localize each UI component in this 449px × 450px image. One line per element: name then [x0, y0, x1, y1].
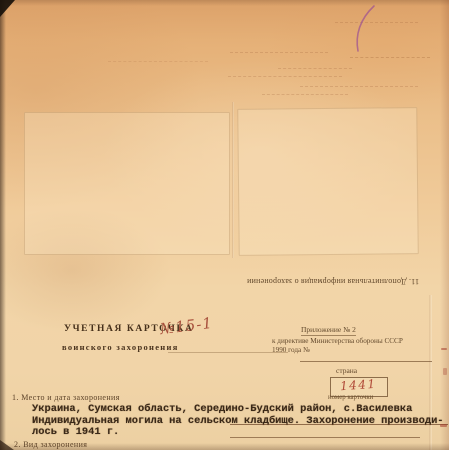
form-rule: [230, 437, 420, 438]
showthrough-line: [350, 57, 430, 58]
card-subtitle: воинского захоронения: [62, 342, 179, 352]
showthrough-line: [108, 61, 208, 62]
section-1-label: 1. Место и дата захоронения: [12, 393, 120, 402]
purple-pen-stroke: [352, 3, 386, 55]
burial-location-line3: лось в 1941 г.: [32, 426, 119, 438]
burial-location-line1: Украина, Сумская область, Середино-Будск…: [32, 403, 412, 415]
card-number-sublabel: номер карточки: [328, 394, 373, 401]
vertical-fold-crease: [232, 102, 234, 258]
section-11-label-rotated: 11. Дополнительная информация о захороне…: [233, 277, 433, 286]
edge-ink-mark: [441, 348, 447, 350]
country-field-label: страна: [336, 366, 357, 375]
scanned-burial-registration-card: 11. Дополнительная информация о захороне…: [0, 0, 449, 450]
vertical-fold-crease-right: [429, 295, 432, 450]
annex-reference-line2: к директиве Министерства обороны СССР: [272, 337, 403, 345]
blank-rule: [168, 352, 288, 353]
annex-reference-line3: 1990 года №: [272, 346, 310, 354]
handwritten-registry-number: 1441: [340, 377, 377, 394]
faded-photo-area-left: [24, 112, 230, 255]
showthrough-line: [278, 68, 352, 69]
showthrough-line: [230, 52, 328, 53]
edge-ink-mark: [443, 368, 447, 375]
faded-photo-area-right: [237, 107, 419, 256]
annex-reference-line1: Приложение № 2: [301, 325, 356, 336]
scan-corner-shadow-topleft: [0, 0, 15, 17]
section-2-label: 2. Вид захоронения: [14, 440, 87, 449]
showthrough-line: [300, 86, 418, 87]
showthrough-line: [228, 76, 342, 77]
showthrough-line: [262, 94, 348, 95]
edge-ink-mark: [440, 424, 447, 427]
blank-rule: [300, 361, 432, 362]
form-rule: [230, 424, 448, 425]
scan-corner-shadow-bottomleft: [0, 440, 14, 450]
handwritten-card-number: №15-1: [159, 314, 214, 338]
